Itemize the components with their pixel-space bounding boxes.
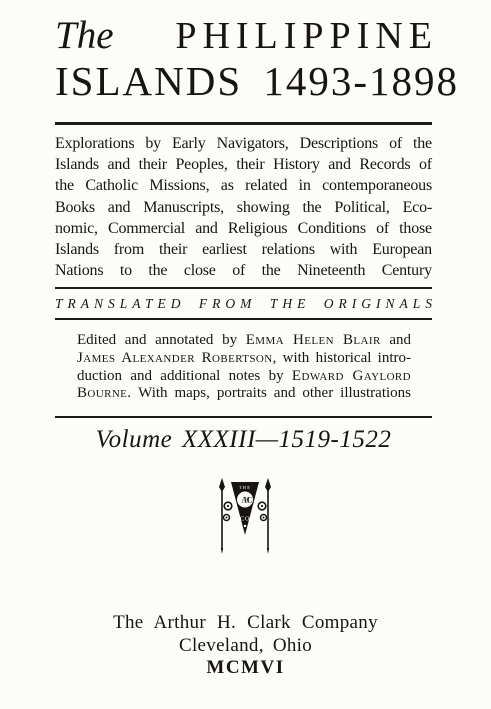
word: Navigators, <box>217 133 289 154</box>
word: Descriptions <box>300 133 378 154</box>
word: Political, <box>334 197 389 218</box>
word: related <box>245 175 287 196</box>
word: Islands <box>55 154 99 175</box>
word: Nations <box>55 260 103 281</box>
word: Manuscripts, <box>143 197 224 218</box>
book-title-page: The PHILIPPINE ISLANDS 1493-1898 Explora… <box>0 0 491 709</box>
spear-tip <box>221 548 223 554</box>
subtitle-line: IslandsfromtheirearliestrelationswithEur… <box>55 239 432 260</box>
word: nomic, <box>55 218 98 239</box>
word: Missions, <box>149 175 209 196</box>
word: Religious <box>228 218 288 239</box>
editor-name: Emma Helen Blair <box>246 332 381 348</box>
scroll-dot <box>261 505 263 507</box>
word: of <box>232 260 245 281</box>
subtitle-line: nomic,CommercialandReligiousConditionsof… <box>55 218 432 239</box>
editors-text: Edited and annotated by <box>77 332 237 348</box>
word: Nineteenth <box>297 260 365 281</box>
word: contemporaneous <box>322 175 432 196</box>
word: the <box>262 260 281 281</box>
left-spear-ornament <box>219 478 232 554</box>
word: their <box>159 239 187 260</box>
subtitle-line: IslandsandtheirPeoples,theirHistoryandRe… <box>55 154 432 175</box>
word: Books <box>55 197 95 218</box>
spear-shaft <box>221 487 223 548</box>
title-line-1: The PHILIPPINE <box>55 16 432 55</box>
word: earliest <box>202 239 247 260</box>
word: and <box>195 218 218 239</box>
mark-co-label: CO <box>240 516 250 523</box>
banner-word: THE <box>270 296 311 312</box>
word: with <box>330 239 358 260</box>
spear-shaft <box>267 487 269 548</box>
divider-rule-1 <box>55 122 432 125</box>
publication-year: MCMVI <box>0 657 491 679</box>
word: Explorations <box>55 133 134 154</box>
word: Century <box>382 260 432 281</box>
word: the <box>303 197 322 218</box>
word: of <box>376 218 389 239</box>
word: Commercial <box>108 218 185 239</box>
word: Islands <box>55 239 99 260</box>
word: in <box>299 175 311 196</box>
word: Peoples, <box>175 154 227 175</box>
editors-text: and <box>389 332 411 348</box>
word: relations <box>262 239 315 260</box>
word: and <box>328 154 351 175</box>
printer-mark: THE AHC CO <box>217 478 273 556</box>
editor-name: Bourne. <box>77 385 131 401</box>
editors-line: James Alexander Robertson, with historic… <box>77 350 411 368</box>
word: Conditions <box>298 218 366 239</box>
editor-name: Edward Gaylord <box>292 368 411 384</box>
right-spear-ornament <box>258 478 271 554</box>
title-article: The <box>55 16 114 55</box>
word: History <box>273 154 320 175</box>
word: showing <box>237 197 290 218</box>
volume-line: Volume XXXIII—1519-1522 <box>55 425 432 455</box>
word: by <box>145 133 161 154</box>
banner-word: ORIGINALS <box>324 296 437 312</box>
subtitle-line: ExplorationsbyEarlyNavigators,Descriptio… <box>55 133 432 154</box>
word: to <box>120 260 132 281</box>
scroll-dot <box>263 517 265 519</box>
subtitle-paragraph: ExplorationsbyEarlyNavigators,Descriptio… <box>55 133 432 281</box>
word: the <box>55 175 74 196</box>
title-main: PHILIPPINE <box>175 17 438 55</box>
mark-dot <box>244 525 246 527</box>
word: and <box>108 154 131 175</box>
spear-tip <box>267 548 269 554</box>
title-line-2: ISLANDS 1493-1898 <box>55 61 432 102</box>
scroll-dot <box>227 505 229 507</box>
word: European <box>372 239 432 260</box>
word: Records <box>359 154 410 175</box>
editors-line: duction and additional notes by Edward G… <box>77 368 411 386</box>
word: from <box>114 239 144 260</box>
subtitle-line: BooksandManuscripts,showingthePolitical,… <box>55 197 432 218</box>
editors-block: Edited and annotated by Emma Helen Blair… <box>77 332 411 403</box>
banner-word: TRANSLATED <box>55 296 186 312</box>
publisher-name: The Arthur H. Clark Company <box>0 612 491 634</box>
editors-text: With maps, portraits and other illustrat… <box>138 385 411 401</box>
word: those <box>399 218 432 239</box>
editors-text: , with historical intro- <box>273 350 411 366</box>
divider-rule-4 <box>55 416 432 418</box>
word: the <box>148 260 167 281</box>
word: their <box>236 154 264 175</box>
word: Early <box>172 133 206 154</box>
subtitle-line: NationstothecloseoftheNineteenthCentury <box>55 260 432 281</box>
word: their <box>139 154 167 175</box>
editor-name: James Alexander Robertson <box>77 350 273 366</box>
subtitle-line: theCatholicMissions,asrelatedincontempor… <box>55 175 432 196</box>
editors-line: Bourne. With maps, portraits and other i… <box>77 385 411 403</box>
word: Eco- <box>403 197 432 218</box>
publisher-location: Cleveland, Ohio <box>0 635 491 657</box>
word: the <box>413 133 432 154</box>
divider-rule-3 <box>55 318 432 320</box>
editors-line: Edited and annotated by Emma Helen Blair… <box>77 332 411 350</box>
word: of <box>389 133 402 154</box>
word: as <box>221 175 234 196</box>
word: Catholic <box>85 175 138 196</box>
mark-the-label: THE <box>239 485 251 490</box>
banner-word: FROM <box>199 296 257 312</box>
word: close <box>184 260 216 281</box>
word: and <box>108 197 131 218</box>
translated-banner: TRANSLATED FROM THE ORIGINALS <box>55 289 432 318</box>
editors-text: duction and additional notes by <box>77 368 284 384</box>
scroll-dot <box>226 517 228 519</box>
word: of <box>419 154 432 175</box>
